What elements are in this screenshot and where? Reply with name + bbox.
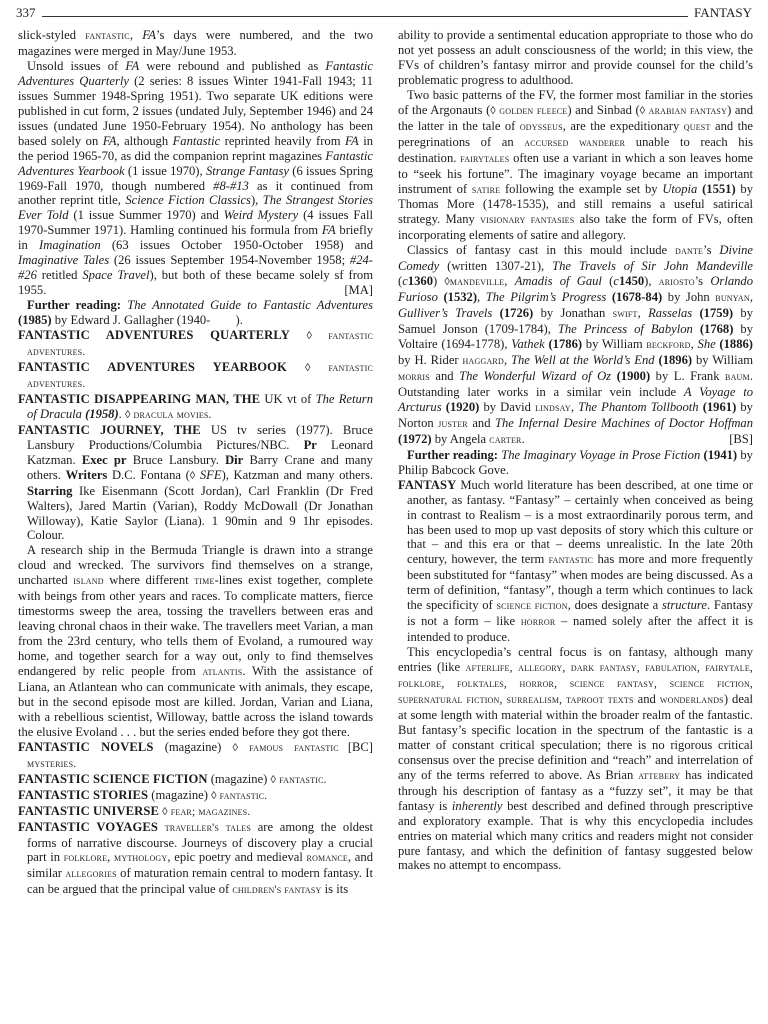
fantasy-paragraph-2: This encyclopedia’s central focus is on …: [398, 645, 753, 873]
entry-fantastic-universe: FANTASTIC UNIVERSE ◊ fear; magazines.: [18, 804, 373, 820]
headword: FANTASY: [398, 478, 456, 492]
fa-paragraph-2: Unsold issues of FA were rebound and pub…: [18, 59, 373, 298]
headword: FANTASTIC SCIENCE FICTION: [18, 772, 208, 786]
entry-fantastic-adventures-yearbook: FANTASTIC ADVENTURES YEARBOOK ◊ fantasti…: [18, 360, 373, 392]
entry-fantastic-novels: FANTASTIC NOVELS (magazine) ◊ famous fan…: [18, 740, 373, 772]
running-header: 337 FANTASY: [16, 4, 752, 20]
headword: FANTASTIC ADVENTURES YEARBOOK: [18, 360, 287, 374]
headword: FANTASTIC VOYAGES: [18, 820, 158, 834]
entry-fantasy: FANTASY Much world literature has been d…: [398, 478, 753, 645]
headword: FANTASTIC NOVELS: [18, 740, 154, 754]
further-reading: Further reading: The Annotated Guide to …: [18, 298, 373, 328]
journey-synopsis: A research ship in the Bermuda Triangle …: [18, 543, 373, 739]
fv-paragraph-3: Classics of fantasy cast in this mould i…: [398, 243, 753, 447]
running-head: FANTASY: [694, 6, 752, 20]
signature: [BC]: [339, 740, 373, 755]
entry-fantastic-adventures-quarterly: FANTASTIC ADVENTURES QUARTERLY ◊ fantast…: [18, 328, 373, 360]
further-reading: Further reading: The Imaginary Voyage in…: [398, 448, 753, 478]
headword: FANTASTIC DISAPPEARING MAN, THE: [18, 392, 260, 406]
fv-paragraph-2: Two basic patterns of the FV, the former…: [398, 88, 753, 244]
headword: FANTASTIC STORIES: [18, 788, 148, 802]
entry-fantastic-voyages: FANTASTIC VOYAGES traveller's tales are …: [18, 820, 373, 899]
entry-fantastic-disappearing-man: FANTASTIC DISAPPEARING MAN, THE UK vt of…: [18, 392, 373, 423]
left-column: slick-styled fantastic, FA’s days were n…: [18, 28, 373, 898]
fa-paragraph-1: slick-styled fantastic, FA’s days were n…: [18, 28, 373, 59]
headword: FANTASTIC UNIVERSE: [18, 804, 159, 818]
right-column: ability to provide a sentimental educati…: [398, 28, 753, 873]
entry-fantastic-science-fiction: FANTASTIC SCIENCE FICTION (magazine) ◊ f…: [18, 772, 373, 788]
headword: FANTASTIC ADVENTURES QUARTERLY: [18, 328, 290, 342]
page-number: 337: [16, 6, 36, 20]
entry-fantastic-stories: FANTASTIC STORIES (magazine) ◊ fantastic…: [18, 788, 373, 804]
signature: [MA]: [335, 283, 373, 298]
cross-ref: fantastic: [85, 30, 130, 42]
headword: FANTASTIC JOURNEY, THE: [18, 423, 201, 437]
signature: [BS]: [720, 432, 753, 447]
header-rule: [42, 16, 689, 17]
fv-paragraph-1: ability to provide a sentimental educati…: [398, 28, 753, 88]
entry-fantastic-journey: FANTASTIC JOURNEY, THE US tv series (197…: [18, 423, 373, 544]
